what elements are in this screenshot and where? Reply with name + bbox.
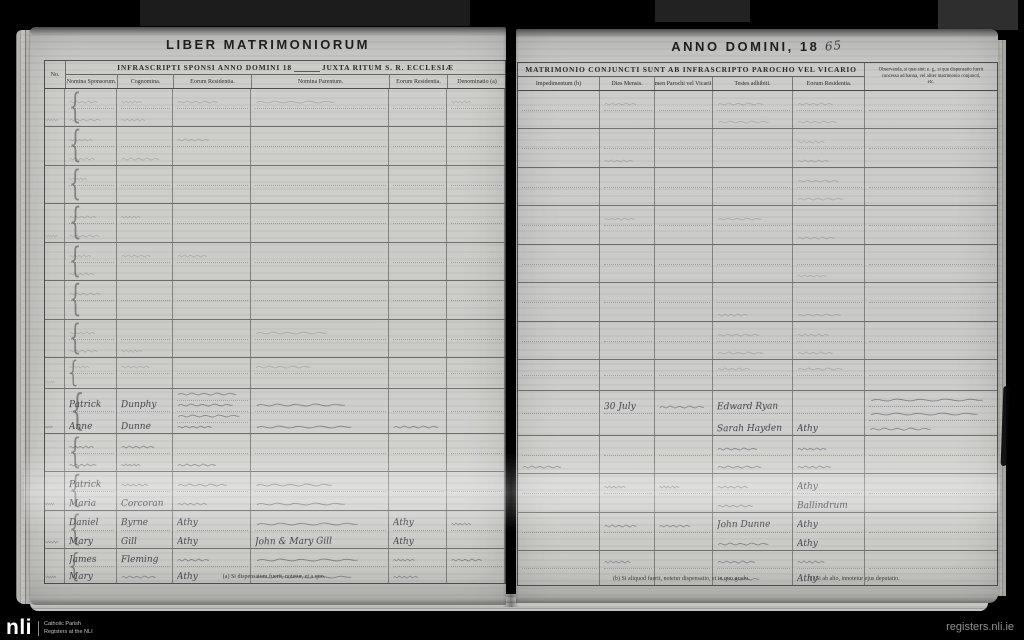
register-line xyxy=(451,90,502,109)
nli-caption: Catholic Parish Registers at the NLI xyxy=(38,621,102,636)
cell-cognomina xyxy=(117,281,173,319)
cell-observanda xyxy=(865,91,997,128)
cell-p_residentia xyxy=(389,281,447,319)
register-line xyxy=(604,149,652,167)
register-line: Edward Ryan xyxy=(717,392,790,414)
register-line xyxy=(604,552,652,569)
cell-testes xyxy=(713,129,793,167)
entry-row-right xyxy=(518,283,997,322)
register-line xyxy=(451,435,502,454)
cell-testes xyxy=(713,245,793,282)
register-line: Mary xyxy=(69,531,114,549)
register-line xyxy=(717,265,790,283)
cell-residentia xyxy=(173,281,251,319)
register-line xyxy=(177,282,248,301)
register-line: Sarah Hayden xyxy=(717,414,790,435)
illegible-scribble xyxy=(45,378,55,386)
entry-row-left: { xyxy=(45,243,505,281)
illegible-scribble xyxy=(177,556,210,564)
entry-row-left: { xyxy=(45,127,505,166)
handwritten-text: Ballindrum xyxy=(797,501,848,512)
register-line xyxy=(255,454,386,472)
cell-t_residentia xyxy=(793,245,865,282)
entry-row-right xyxy=(518,129,997,168)
illegible-scribble xyxy=(69,329,96,337)
register-line xyxy=(177,224,248,242)
cell-dies xyxy=(600,245,655,282)
register-line xyxy=(451,301,502,319)
register-line xyxy=(451,109,502,127)
register-page-left: LIBER MATRIMONIORUM No. INFRASCRIPTI SPO… xyxy=(30,27,506,605)
cell-t_residentia xyxy=(793,168,865,205)
illegible-scribble xyxy=(69,155,96,163)
register-line xyxy=(522,323,597,342)
illegible-scribble xyxy=(255,401,347,409)
register-line xyxy=(121,109,170,127)
table-title-left-pre: INFRASCRIPTI SPONSI ANNO DOMINI 18 xyxy=(117,63,292,72)
cell-parentum xyxy=(251,204,389,242)
cell-p_residentia xyxy=(389,243,447,280)
register-line xyxy=(121,473,170,492)
cell-nomina xyxy=(65,127,117,165)
cell-testes xyxy=(713,474,793,512)
cell-parochus xyxy=(655,322,713,359)
cell-p_residentia xyxy=(389,89,447,126)
register-line xyxy=(177,147,248,165)
illegible-scribble xyxy=(797,100,833,108)
cell-impedimentum xyxy=(518,168,600,205)
register-line xyxy=(522,533,597,551)
handwritten-text: Daniel xyxy=(69,519,99,530)
register-line xyxy=(869,92,995,111)
register-line xyxy=(869,361,995,376)
illegible-scribble xyxy=(177,481,228,489)
cell-residentia xyxy=(173,472,251,510)
register-line xyxy=(604,130,652,149)
illegible-scribble xyxy=(121,481,148,489)
cell-parentum xyxy=(251,89,389,126)
register-line xyxy=(604,226,652,244)
register-line xyxy=(522,169,597,188)
cell-parochus xyxy=(655,168,713,205)
register-line xyxy=(659,552,710,569)
register-line xyxy=(177,128,248,147)
register-line xyxy=(121,359,170,374)
observanda-text: Observanda, si quæ sint: e. g., si qua d… xyxy=(878,67,984,86)
cell-t_residentia xyxy=(793,436,865,473)
cell-no xyxy=(45,472,65,510)
register-line xyxy=(69,359,114,374)
cell-parentum xyxy=(251,358,389,388)
register-line xyxy=(797,226,862,244)
register-line xyxy=(717,361,790,376)
register-line xyxy=(451,473,502,492)
register-line xyxy=(255,263,386,281)
cell-t_residentia xyxy=(793,283,865,321)
cell-no xyxy=(45,320,65,357)
handwritten-text: Fleming xyxy=(121,555,158,566)
illegible-scribble xyxy=(717,558,756,566)
register-line xyxy=(797,207,862,226)
table-header-main-left: INFRASCRIPTI SPONSI ANNO DOMINI 18 JUXTA… xyxy=(66,61,505,88)
handwritten-text: John & Mary Gill xyxy=(255,537,332,548)
register-line xyxy=(393,90,444,109)
register-line xyxy=(869,130,995,149)
register-line xyxy=(604,475,652,494)
cell-p_residentia xyxy=(389,358,447,388)
illegible-scribble xyxy=(797,311,842,319)
register-line xyxy=(659,414,710,435)
register-line xyxy=(717,284,790,303)
register-line: Dunphy xyxy=(121,390,170,412)
register-line xyxy=(522,475,597,494)
register-line: Athy xyxy=(797,514,862,533)
illegible-scribble xyxy=(69,232,100,240)
illegible-scribble xyxy=(177,136,210,144)
register-line xyxy=(869,188,995,206)
illegible-scribble xyxy=(522,463,562,471)
register-line xyxy=(869,514,995,533)
register-line: Patrick xyxy=(69,390,114,412)
illegible-scribble xyxy=(797,445,827,453)
register-line xyxy=(604,111,652,129)
register-line xyxy=(69,340,114,358)
register-line xyxy=(121,340,170,358)
illegible-scribble xyxy=(604,215,635,223)
marriage-table-left: No. INFRASCRIPTI SPONSI ANNO DOMINI 18 J… xyxy=(44,60,506,584)
register-line xyxy=(255,186,386,204)
cell-no xyxy=(45,389,65,433)
register-line xyxy=(393,167,444,186)
register-line xyxy=(604,246,652,265)
cell-p_residentia xyxy=(389,434,447,471)
register-line xyxy=(393,473,444,492)
register-line xyxy=(451,128,502,147)
cell-testes: John Dunne xyxy=(713,513,793,550)
register-line xyxy=(797,169,862,188)
illegible-scribble xyxy=(121,98,142,106)
illegible-scribble xyxy=(121,116,146,124)
register-line xyxy=(69,186,114,204)
cell-observanda xyxy=(865,391,997,435)
register-line xyxy=(121,454,170,472)
illegible-scribble xyxy=(255,423,353,431)
cell-parentum xyxy=(251,320,389,357)
register-line xyxy=(659,130,710,149)
handwritten-text: Maria xyxy=(69,499,96,510)
register-line xyxy=(717,303,790,321)
column-header-testes: Testes adhibiti. xyxy=(713,77,793,90)
register-line xyxy=(69,244,114,263)
register-line xyxy=(255,435,386,454)
register-line xyxy=(659,361,710,376)
column-header-eorum-residentia: Eorum Residentia. xyxy=(174,75,252,88)
register-line xyxy=(45,358,64,388)
register-line xyxy=(177,401,248,412)
cell-observanda xyxy=(865,245,997,282)
cell-observanda xyxy=(865,474,997,512)
register-line xyxy=(255,147,386,165)
register-line xyxy=(659,437,710,456)
illegible-scribble xyxy=(255,520,360,528)
cell-parochus xyxy=(655,360,713,390)
cell-dies xyxy=(600,168,655,205)
register-line xyxy=(121,147,170,165)
register-line xyxy=(69,205,114,224)
cell-parochus xyxy=(655,129,713,167)
cell-nomina xyxy=(65,166,117,203)
illegible-scribble xyxy=(797,331,830,339)
register-line xyxy=(604,342,652,360)
register-line xyxy=(255,492,386,510)
register-line xyxy=(121,224,170,242)
register-line xyxy=(604,207,652,226)
register-line xyxy=(869,149,995,167)
cell-p_residentia xyxy=(389,320,447,357)
register-line xyxy=(69,167,114,186)
register-line xyxy=(121,263,170,281)
register-line xyxy=(121,435,170,454)
cell-nomina: DanielMary xyxy=(65,511,117,548)
illegible-scribble xyxy=(604,522,637,530)
register-line xyxy=(177,321,248,340)
table-header-right: MATRIMONIO CONJUNCTI SUNT AB INFRASCRIPT… xyxy=(518,63,997,91)
cell-denominatio xyxy=(447,389,505,433)
cell-denominatio xyxy=(447,89,505,126)
register-line xyxy=(255,473,386,492)
cell-parentum xyxy=(251,434,389,471)
register-line xyxy=(255,390,386,412)
illegible-scribble xyxy=(121,443,155,451)
register-line xyxy=(717,552,790,569)
illegible-scribble xyxy=(717,502,754,510)
register-line xyxy=(69,224,114,242)
register-line xyxy=(177,435,248,454)
register-line xyxy=(177,263,248,281)
register-line xyxy=(797,284,862,303)
entry-row-left: { xyxy=(45,166,505,204)
illegible-scribble xyxy=(121,461,141,469)
illegible-scribble xyxy=(69,461,97,469)
handwritten-text: Sarah Hayden xyxy=(717,424,782,435)
column-header-nomina-sponsorum: Nomina Sponsorum. xyxy=(66,75,118,88)
cell-dies xyxy=(600,91,655,128)
register-line xyxy=(393,454,444,472)
register-line xyxy=(659,475,710,494)
cell-no xyxy=(45,358,65,388)
register-line xyxy=(121,90,170,109)
cell-nomina xyxy=(65,89,117,126)
register-line xyxy=(522,456,597,474)
entry-row-right xyxy=(518,206,997,245)
illegible-scribble xyxy=(393,423,439,431)
table-title-right: MATRIMONIO CONJUNCTI SUNT AB INFRASCRIPT… xyxy=(518,63,864,77)
illegible-scribble xyxy=(255,98,336,106)
cell-t_residentia: Athy xyxy=(793,391,865,435)
register-line xyxy=(717,533,790,551)
register-line xyxy=(604,169,652,188)
cell-no xyxy=(45,434,65,471)
register-line xyxy=(659,246,710,265)
marriage-table-right: MATRIMONIO CONJUNCTI SUNT AB INFRASCRIPT… xyxy=(517,62,998,586)
register-line xyxy=(177,340,248,358)
register-line xyxy=(869,207,995,226)
register-line xyxy=(522,265,597,283)
register-line xyxy=(121,282,170,301)
cell-residentia xyxy=(173,389,251,433)
cell-denominatio xyxy=(447,127,505,165)
handwritten-text: 30 July xyxy=(604,402,636,413)
register-line xyxy=(393,412,444,433)
footnotes-right: (b) Si aliquod fuerit, notetur dispensat… xyxy=(517,576,996,582)
illegible-scribble xyxy=(69,136,93,144)
register-line xyxy=(522,342,597,360)
register-line xyxy=(121,205,170,224)
register-line xyxy=(177,374,248,388)
register-line xyxy=(177,109,248,127)
register-line xyxy=(717,376,790,390)
register-line xyxy=(451,374,502,388)
register-line xyxy=(659,392,710,414)
register-line xyxy=(69,321,114,340)
illegible-scribble xyxy=(797,349,833,357)
cell-observanda xyxy=(865,283,997,321)
register-line xyxy=(255,224,386,242)
column-header-parentum-residentia: Eorum Residentia. xyxy=(390,75,448,88)
register-line xyxy=(659,303,710,321)
register-line xyxy=(121,244,170,263)
register-line xyxy=(717,149,790,167)
entry-row-left: { xyxy=(45,204,505,243)
cell-observanda xyxy=(865,168,997,205)
illegible-scribble xyxy=(393,556,415,564)
cell-p_residentia xyxy=(389,472,447,510)
illegible-scribble xyxy=(717,365,751,373)
site-watermark: registers.nli.ie xyxy=(946,621,1014,633)
register-line xyxy=(451,531,502,549)
register-line xyxy=(451,244,502,263)
illegible-scribble xyxy=(717,483,748,491)
register-line xyxy=(69,263,114,281)
cell-t_residentia: AthyBallindrum xyxy=(793,474,865,512)
illegible-scribble xyxy=(797,157,830,165)
register-line: James xyxy=(69,550,114,567)
register-line xyxy=(869,392,995,407)
register-line xyxy=(255,374,386,388)
cell-observanda xyxy=(865,513,997,550)
register-line xyxy=(659,284,710,303)
register-line: Athy xyxy=(797,533,862,551)
register-line xyxy=(717,226,790,244)
cell-parochus xyxy=(655,91,713,128)
register-line xyxy=(659,342,710,360)
cell-parentum xyxy=(251,127,389,165)
column-header-testes-residentia: Eorum Residentia. xyxy=(793,77,865,90)
register-line xyxy=(255,167,386,186)
register-line xyxy=(522,226,597,244)
register-line xyxy=(522,514,597,533)
table-header-left: No. INFRASCRIPTI SPONSI ANNO DOMINI 18 J… xyxy=(45,61,505,89)
register-line xyxy=(177,359,248,374)
illegible-scribble xyxy=(121,213,141,221)
cell-nomina xyxy=(65,358,117,388)
register-line xyxy=(522,414,597,435)
cell-observanda xyxy=(865,206,997,244)
cell-parentum: John & Mary Gill xyxy=(251,511,389,548)
footnote-c: (c) Si ab alio, innotetur ejus deputatio… xyxy=(808,576,900,582)
cell-cognomina: DunphyDunne xyxy=(117,389,173,433)
cell-testes: Edward RyanSarah Hayden xyxy=(713,391,793,435)
entry-row-left: PatrickAnneDunphyDunne{ xyxy=(45,389,505,434)
register-line xyxy=(451,340,502,358)
illegible-scribble xyxy=(69,347,98,355)
register-line xyxy=(177,454,248,472)
illegible-scribble xyxy=(797,138,825,146)
illegible-scribble xyxy=(659,403,705,411)
cell-observanda xyxy=(865,322,997,359)
register-line xyxy=(604,303,652,321)
register-line: Corcoran xyxy=(121,492,170,510)
register-line xyxy=(659,265,710,283)
register-line xyxy=(717,246,790,265)
register-line: Daniel xyxy=(69,512,114,531)
register-line xyxy=(869,111,995,129)
register-line xyxy=(797,149,862,167)
register-line xyxy=(522,392,597,414)
register-line xyxy=(604,376,652,390)
entry-row-left: DanielMaryByrneGillAthyAthyJohn & Mary G… xyxy=(45,511,505,549)
register-line xyxy=(451,550,502,567)
register-line xyxy=(393,321,444,340)
register-line xyxy=(255,282,386,301)
register-line xyxy=(659,92,710,111)
register-line xyxy=(659,514,710,533)
entry-row-right xyxy=(518,436,997,474)
register-line xyxy=(177,492,248,510)
illegible-scribble xyxy=(69,175,87,183)
register-line xyxy=(177,186,248,204)
column-header-cognomina: Cognomina. xyxy=(118,75,174,88)
register-line xyxy=(121,186,170,204)
register-line xyxy=(255,550,386,567)
illegible-scribble xyxy=(69,252,92,260)
cell-denominatio xyxy=(447,358,505,388)
table-title-left: INFRASCRIPTI SPONSI ANNO DOMINI 18 JUXTA… xyxy=(66,61,505,75)
entry-row-right xyxy=(518,168,997,206)
register-line xyxy=(659,376,710,390)
cell-denominatio xyxy=(447,472,505,510)
cell-no xyxy=(45,89,65,126)
register-line xyxy=(869,342,995,360)
cell-cognomina: Corcoran xyxy=(117,472,173,510)
cell-nomina xyxy=(65,320,117,357)
register-line xyxy=(604,533,652,551)
register-line xyxy=(393,205,444,224)
register-line: Maria xyxy=(69,492,114,510)
cell-testes xyxy=(713,360,793,390)
illegible-scribble xyxy=(797,365,844,373)
register-line xyxy=(797,303,862,321)
backdrop-object xyxy=(655,0,750,22)
handwritten-text: Patrick xyxy=(69,480,101,491)
register-line xyxy=(393,282,444,301)
register-line: Athy xyxy=(177,512,248,531)
cell-cognomina xyxy=(117,320,173,357)
illegible-scribble xyxy=(45,500,55,508)
cell-t_residentia xyxy=(793,91,865,128)
register-line: 30 July xyxy=(604,392,652,414)
register-line xyxy=(659,207,710,226)
